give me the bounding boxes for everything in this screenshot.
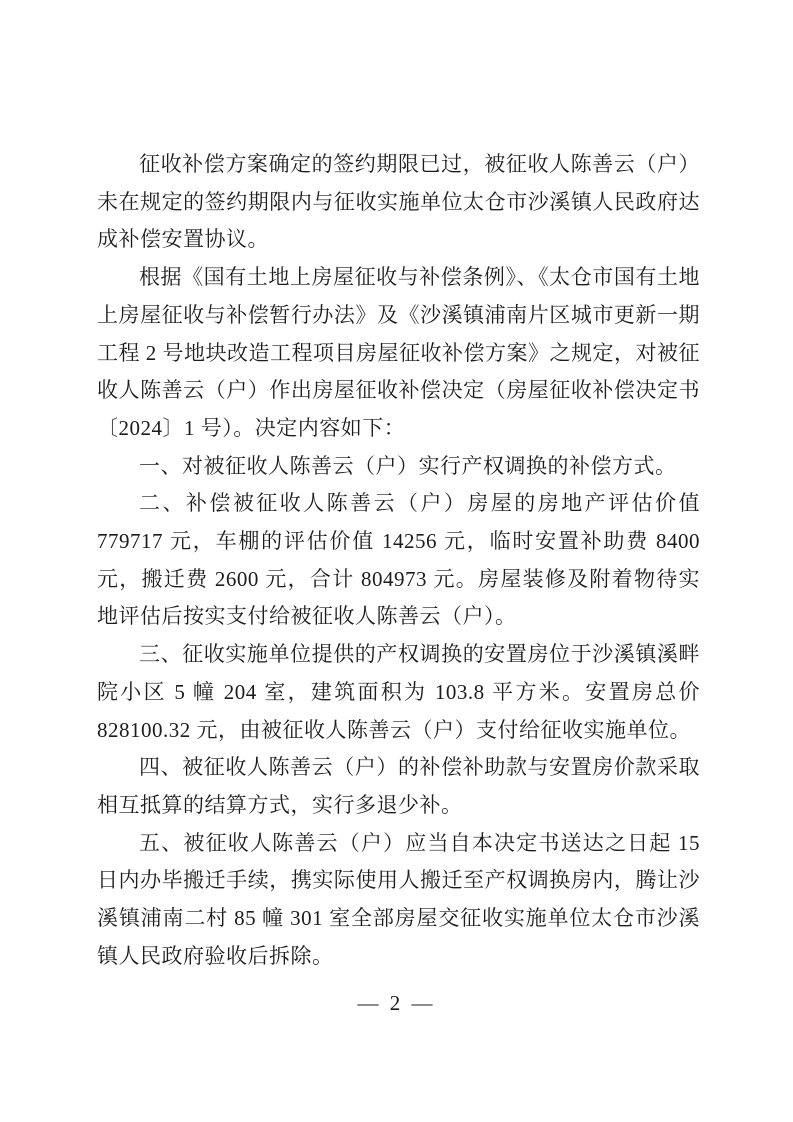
paragraph: 三、征收实施单位提供的产权调换的安置房位于沙溪镇溪畔院小区 5 幢 204 室，… (97, 636, 700, 749)
paragraph: 二、补偿被征收人陈善云（户）房屋的房地产评估价值 779717 元，车棚的评估价… (97, 485, 700, 636)
document-page: 征收补偿方案确定的签约期限已过，被征收人陈善云（户）未在规定的签约期限内与征收实… (0, 0, 793, 1122)
page-number: — 2 — (358, 991, 436, 1015)
page-footer: — 2 — (0, 991, 793, 1016)
paragraph: 五、被征收人陈善云（户）应当自本决定书送达之日起 15 日内办毕搬迁手续，携实际… (97, 825, 700, 976)
paragraph: 征收补偿方案确定的签约期限已过，被征收人陈善云（户）未在规定的签约期限内与征收实… (97, 146, 700, 259)
paragraph: 四、被征收人陈善云（户）的补偿补助款与安置房价款采取相互抵算的结算方式，实行多退… (97, 749, 700, 824)
document-body: 征收补偿方案确定的签约期限已过，被征收人陈善云（户）未在规定的签约期限内与征收实… (97, 146, 700, 975)
paragraph: 根据《国有土地上房屋征收与补偿条例》、《太仓市国有土地上房屋征收与补偿暂行办法》… (97, 259, 700, 448)
paragraph: 一、对被征收人陈善云（户）实行产权调换的补偿方式。 (97, 448, 700, 486)
